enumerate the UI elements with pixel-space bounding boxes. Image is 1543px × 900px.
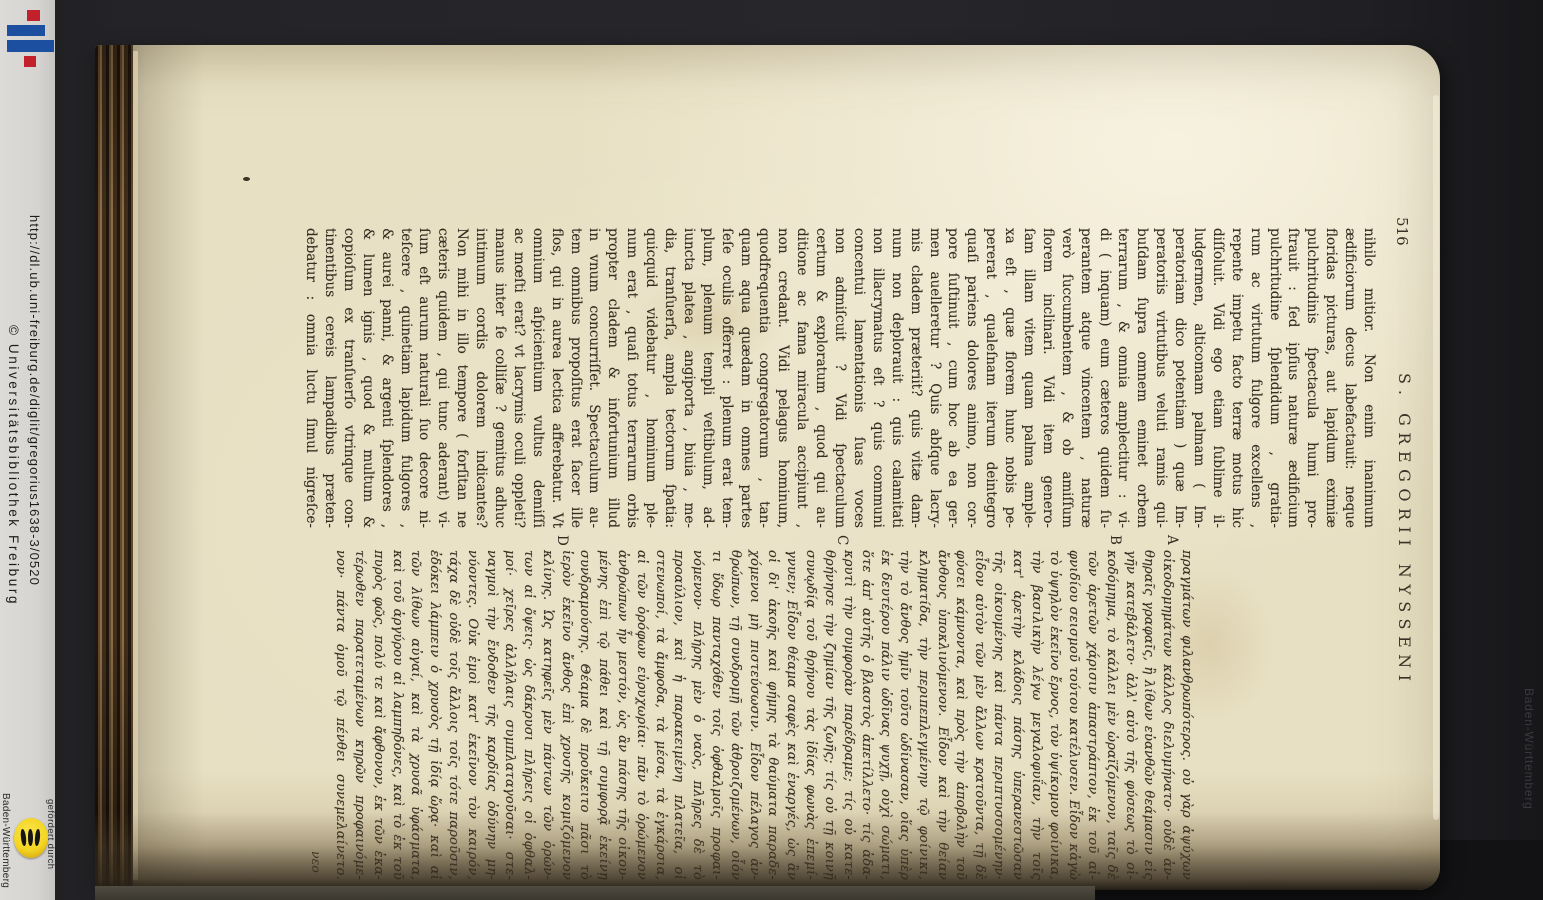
latin-text-line: quodfrequentia congregatorum , tan- (755, 228, 774, 528)
logo-red-block (24, 56, 36, 67)
latin-text-line: intimum cordis dolorem indicantes? (471, 228, 490, 528)
latin-text-line: floridas picturas, aut lapidum eximiæ (1321, 228, 1340, 528)
latin-text-line: pulchritudinis ſpectacula humi pro- (1302, 228, 1321, 528)
latin-text-line: rum ac virtutum fulgore excellens , (1246, 228, 1265, 528)
logo-blue-bar (7, 25, 45, 36)
logo-red-block (27, 10, 40, 21)
funding-region-label: Baden-Württemberg (0, 793, 11, 888)
section-marker-d: D (554, 535, 570, 546)
latin-text-line: ædificiorum decus labefactauit: neque (1340, 228, 1359, 528)
lion-glyph (28, 829, 33, 846)
latin-text-column: nihilo mitior. Non enim inanimumædificio… (301, 228, 1378, 528)
page-text-layer: 516 S. GREGORII NYSSENI nihilo mitior. N… (95, 45, 1440, 890)
section-marker-b: B (1107, 535, 1123, 545)
latin-text-line: teſcere , quinetiam lapidum fulgores , (396, 228, 415, 528)
latin-text-line: non admiſcuit ? Vidi ſpectaculum (830, 228, 849, 528)
latin-text-line: Non mihi in illo tempore ( forſitan ne (452, 228, 471, 528)
latin-text-line: mis cladem præteriit? quis vitæ dam- (906, 228, 925, 528)
latin-text-line: quaſi pariens dolores animo, non cor- (962, 228, 981, 528)
source-url-label: http://dl.ub.uni-freiburg.de/diglit/greg… (27, 215, 42, 586)
latin-text-line: tem omnibus propoſitus erat ſacer ille (566, 228, 585, 528)
digitization-frame: http://dl.ub.uni-freiburg.de/diglit/greg… (0, 0, 55, 900)
latin-text-line: peratoriis virtutibus veluti ramis qui- (1151, 228, 1170, 528)
latin-text-line: ac mœſti erat? vt lacrymis oculi oppleti… (509, 228, 528, 528)
latin-text-line: di ( inquam) eum cæteros quidem ſu- (1095, 228, 1114, 528)
latin-text-line: num non deplorauit : quis calamitati (887, 228, 906, 528)
latin-text-line: ſam illam vitem quam palma ample- (1019, 228, 1038, 528)
latin-text-line: certum & exploratum , quod qui au- (811, 228, 830, 528)
latin-text-line: quicquid videbatur , hominum ple- (641, 228, 660, 528)
latin-text-line: copioſum ex tranſuerſo vtrinque con- (339, 228, 358, 528)
latin-text-line: non credant. Vidi pelagus hominum, (774, 228, 793, 528)
latin-text-line: florem inclinari. Vidi item genero- (1038, 228, 1057, 528)
latin-text-line: flos, qui in aurea lectica afferebatur. … (547, 228, 566, 528)
page-bottom-shadow (95, 812, 1440, 890)
section-marker-a: A (1164, 535, 1180, 545)
latin-text-line: pulchritudine ſplendidum , gratia- (1265, 228, 1284, 528)
latin-text-line: buſdam ſupra omnem eminet orbem (1132, 228, 1151, 528)
latin-text-line: men auelleretur ? Quis abſque lacry- (925, 228, 944, 528)
latin-text-line: pore ſuſtinuit , cum hoc ab ea ger- (944, 228, 963, 528)
latin-text-line: concentui lamentationis ſuas voces (849, 228, 868, 528)
latin-text-line: in vnum concurriſſet. Spectaculum au- (585, 228, 604, 528)
latin-text-line: iuncta platea , angiporta , biuia , me- (679, 228, 698, 528)
running-header: S. GREGORII NYSSENI (1395, 373, 1414, 687)
latin-text-line: perantem atque vincentem , naturæ (1076, 228, 1095, 528)
latin-text-line: ditione ac fama miracula accipiunt , (792, 228, 811, 528)
book-page: 516 S. GREGORII NYSSENI nihilo mitior. N… (95, 45, 1440, 890)
latin-text-line: plum, plenum templi veſtibulum, ad- (698, 228, 717, 528)
latin-text-line: & lumen ignis , quod & multum & (358, 228, 377, 528)
latin-text-line: peratoriam dico potentiam ) quæ Im- (1170, 228, 1189, 528)
logo-blue-bar (7, 40, 54, 52)
latin-text-line: pererat , qualeſnam iterum deintegro (981, 228, 1000, 528)
latin-text-line: cæteris quidem , qui tunc aderant) vi- (433, 228, 452, 528)
lion-glyph (34, 829, 41, 846)
latin-text-line: ſum eſt aurum naturali ſuo decore ni- (415, 228, 434, 528)
latin-text-line: & aurei panni, & argenti ſplendores , (377, 228, 396, 528)
latin-text-line: diſſoluit. Vidi ego etiam ſublime il- (1208, 228, 1227, 528)
baden-wuerttemberg-lions-icon (14, 818, 48, 858)
latin-text-line: omnium aſpicientium vultus demiſſi (528, 228, 547, 528)
lion-glyph (20, 829, 27, 846)
latin-text-line: debatur : omnia luctu ſimul nigreſce- (301, 228, 320, 528)
latin-text-line: terrarum , & omnia amplectitur : vi- (1114, 228, 1133, 528)
latin-text-line: xa eſt , quæ florem hunc nobis pe- (1000, 228, 1019, 528)
latin-text-line: ſtrauit : ſed ipſius naturæ ædificium (1284, 228, 1303, 528)
latin-text-line: tinentibus cereis lampadibus præten- (320, 228, 339, 528)
latin-text-line: quam aqua quædam in omnes partes (736, 228, 755, 528)
latin-text-line: verò ſuccumbentem , & ob amiſſum (1057, 228, 1076, 528)
latin-text-line: ludgermen, alticomam palmam ( Im- (1189, 228, 1208, 528)
latin-text-line: manus inter ſe colliſæ ? gemitus adhuc (490, 228, 509, 528)
latin-text-line: nihilo mitior. Non enim inanimum (1359, 228, 1378, 528)
latin-text-line: propter cladem & infortunium illud (603, 228, 622, 528)
library-logo-icon (0, 4, 55, 66)
latin-text-line: dia, tranſuerſa, ampla tectorum ſpatia: (660, 228, 679, 528)
latin-text-line: repente impetu facto terræ motus hic (1227, 228, 1246, 528)
latin-text-line: num erat , quaſi totus terrarum orbis (622, 228, 641, 528)
latin-text-line: non illacrymatus eſt ? quis communi (868, 228, 887, 528)
printed-page-content: 516 S. GREGORII NYSSENI nihilo mitior. N… (95, 45, 1440, 890)
page-under-edge (95, 886, 1095, 900)
section-marker-c: C (834, 535, 850, 545)
latin-text-line: ſeſe oculis offerret : plenum erat tem- (717, 228, 736, 528)
scan-viewport: http://dl.ub.uni-freiburg.de/diglit/greg… (0, 0, 1543, 900)
page-number: 516 (1393, 217, 1411, 246)
edge-watermark-label: Baden-Württemberg (1522, 688, 1536, 838)
copyright-label: © Universitätsbibliothek Freiburg (6, 325, 21, 606)
